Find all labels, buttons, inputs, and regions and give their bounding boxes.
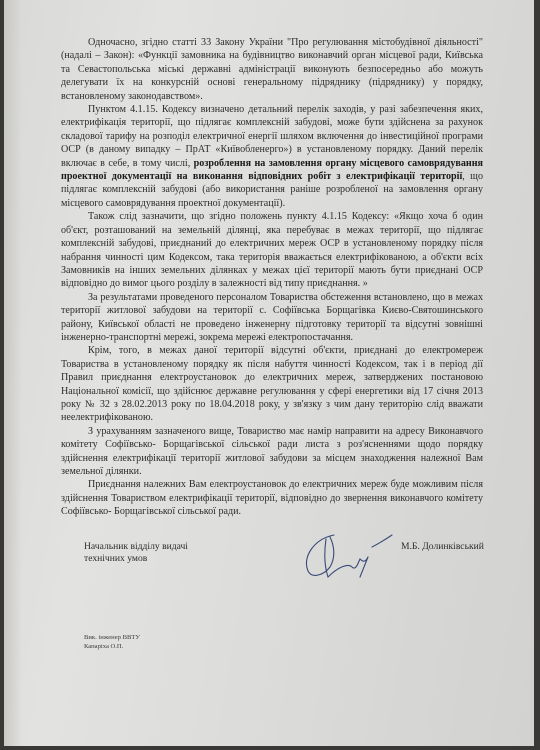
paragraph-text: За результатами проведеного персоналом Т… xyxy=(61,292,483,343)
paragraph-text: Приєднання належних Вам електроустановок… xyxy=(61,479,483,517)
position-line-2: технічних умов xyxy=(84,553,224,565)
paragraph-text: Також слід зазначити, що згідно положень… xyxy=(61,211,483,289)
executor-note: Вик. інженер ВВТУ Капаріха О.П. xyxy=(84,633,140,651)
position-line-1: Начальник відділу видачі xyxy=(84,541,224,553)
paragraph-law-article-33: Одночасно, згідно статті 33 Закону Украї… xyxy=(61,36,483,103)
letter-body: Одночасно, згідно статті 33 Закону Украї… xyxy=(61,36,483,519)
handwritten-signature-icon xyxy=(294,527,394,587)
paragraph-text: З урахуванням зазначеного вище, Товарист… xyxy=(61,426,483,477)
paragraph-code-quote: Також слід зазначити, що згідно положень… xyxy=(61,210,483,290)
paragraph-non-electrified: Крім, того, в межах даної території відс… xyxy=(61,344,483,424)
paragraph-connection-conditions: Приєднання належних Вам електроустановок… xyxy=(61,478,483,518)
executor-name: Капаріха О.П. xyxy=(84,642,140,651)
paragraph-intent-letter: З урахуванням зазначеного вище, Товарист… xyxy=(61,425,483,479)
executor-position: Вик. інженер ВВТУ xyxy=(84,633,140,642)
signatory-position: Начальник відділу видачі технічних умов xyxy=(84,541,224,566)
paragraph-code-4-1-15: Пунктом 4.1.15. Кодексу визначено деталь… xyxy=(61,103,483,210)
letter-page: Одночасно, згідно статті 33 Закону Украї… xyxy=(4,0,534,746)
paragraph-inspection-results: За результатами проведеного персоналом Т… xyxy=(61,291,483,345)
paragraph-text: Крім, того, в межах даної території відс… xyxy=(61,345,483,423)
signatory-name: М.Б. Долинківський xyxy=(401,541,484,553)
